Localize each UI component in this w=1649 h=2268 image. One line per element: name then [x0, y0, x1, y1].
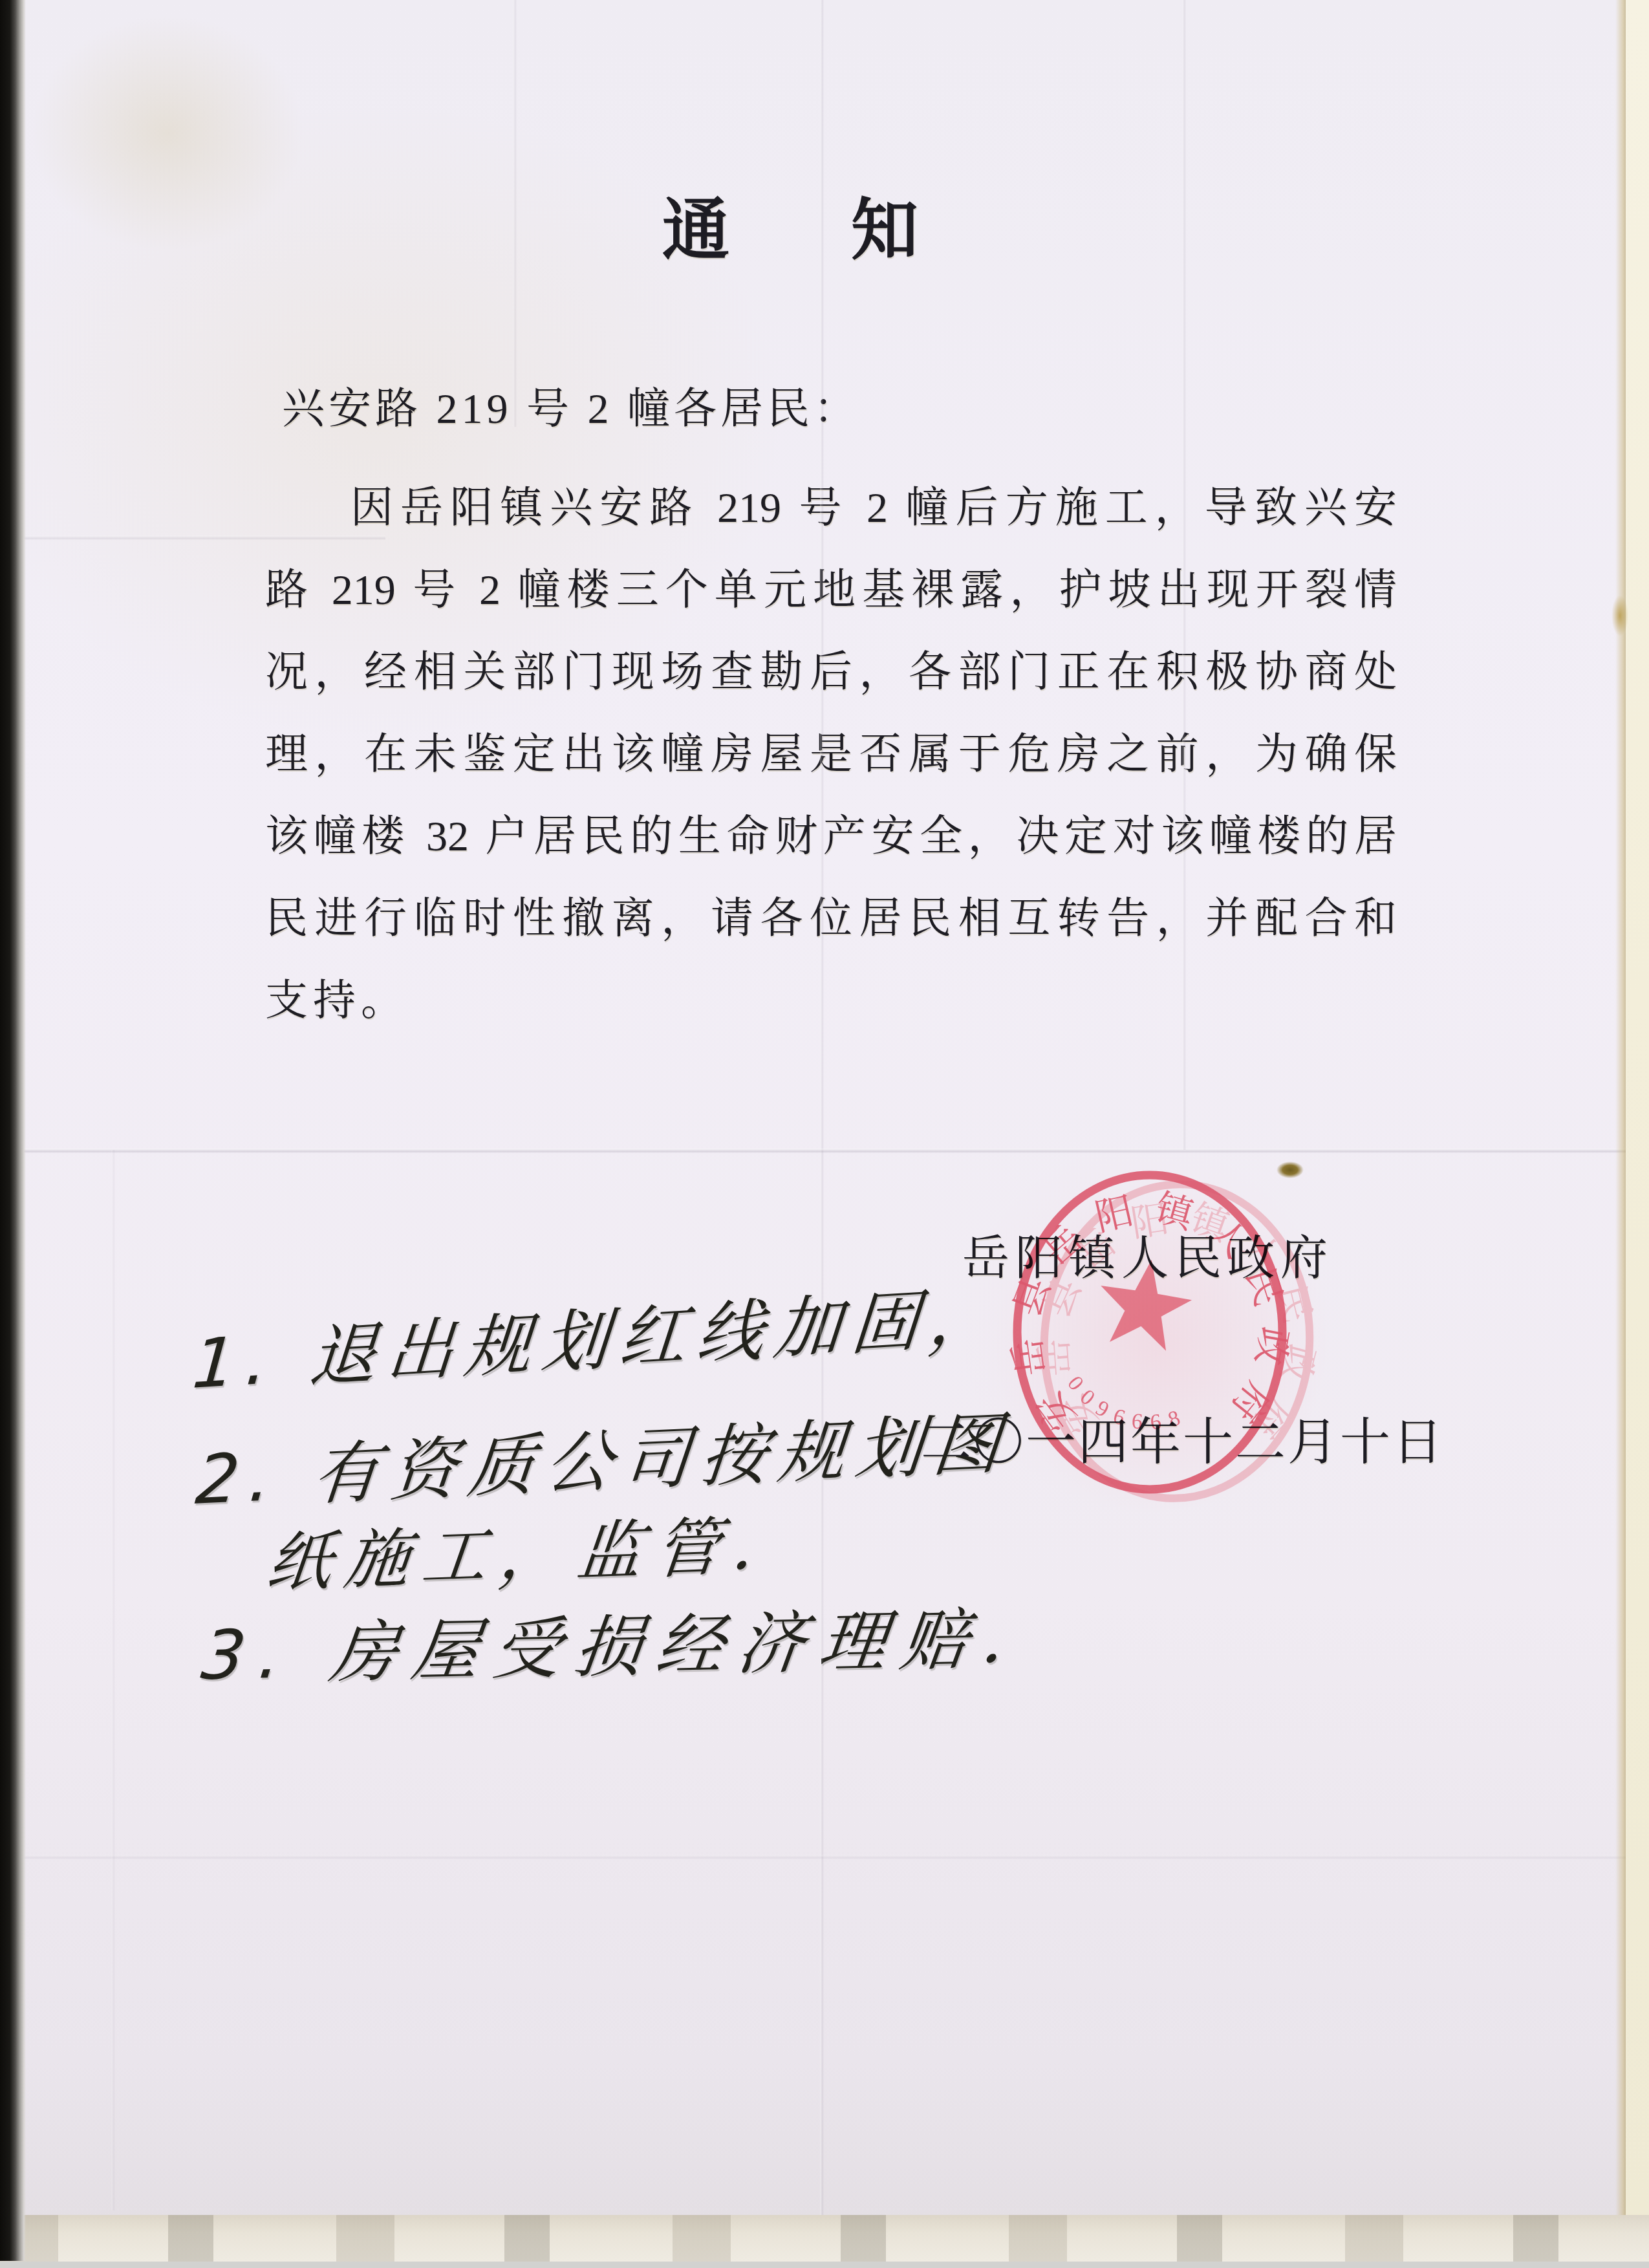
official-seal: 安岳县岳阳镇人民政府 安岳县岳阳镇人民政府 0096668	[962, 1143, 1350, 1544]
scanner-backing	[1626, 0, 1649, 2215]
scan-left-edge	[0, 0, 26, 2261]
crease-horizontal-lower	[23, 1855, 1626, 1859]
scan-bottom-smear	[0, 2215, 1649, 2262]
handwritten-note-2-continued: 纸施工，监管．	[263, 1492, 816, 1604]
body-line: 理，在未鉴定出该幢房屋是否属于危房之前，为确保	[265, 713, 1397, 795]
notice-paper: 通 知 兴安路 219 号 2 幢各居民： 因岳阳镇兴安路 219 号 2 幢后…	[23, 0, 1626, 2215]
notice-title: 通 知	[23, 176, 1649, 273]
seal-star-icon	[1092, 1253, 1197, 1354]
fold-crease-vertical-center	[820, 0, 824, 2215]
handwritten-note-3: 3. 房屋受损经济理赔．	[197, 1583, 1070, 1698]
body-line: 支持。	[265, 960, 1397, 1042]
paper-edge-tear	[23, 525, 61, 565]
body-line: 因岳阳镇兴安路 219 号 2 幢后方施工，导致兴安	[265, 467, 1397, 549]
handwritten-note-1: 1. 退出规划红线加固，	[189, 1261, 1011, 1407]
stain-mark	[1611, 595, 1628, 636]
body-line: 民进行临时性撤离，请各位居民相互转告，并配合和	[265, 878, 1397, 960]
body-line: 况，经相关部门现场查勘后，各部门正在积极协商处	[265, 631, 1397, 713]
body-line: 路 219 号 2 幢楼三个单元地基裸露，护坡出现开裂情	[265, 549, 1397, 631]
crease-vertical-lower-left	[111, 1150, 115, 2210]
notice-salutation: 兴安路 219 号 2 幢各居民：	[282, 374, 860, 435]
body-line: 该幢楼 32 户居民的生命财产安全，决定对该幢楼的居	[265, 795, 1397, 878]
scanned-notice-page: 通 知 兴安路 219 号 2 幢各居民： 因岳阳镇兴安路 219 号 2 幢后…	[0, 0, 1649, 2268]
fold-crease-horizontal-center	[23, 1149, 1626, 1153]
notice-body: 因岳阳镇兴安路 219 号 2 幢后方施工，导致兴安 路 219 号 2 幢楼三…	[265, 467, 1397, 1042]
scan-bottom-strip	[0, 2262, 1649, 2268]
